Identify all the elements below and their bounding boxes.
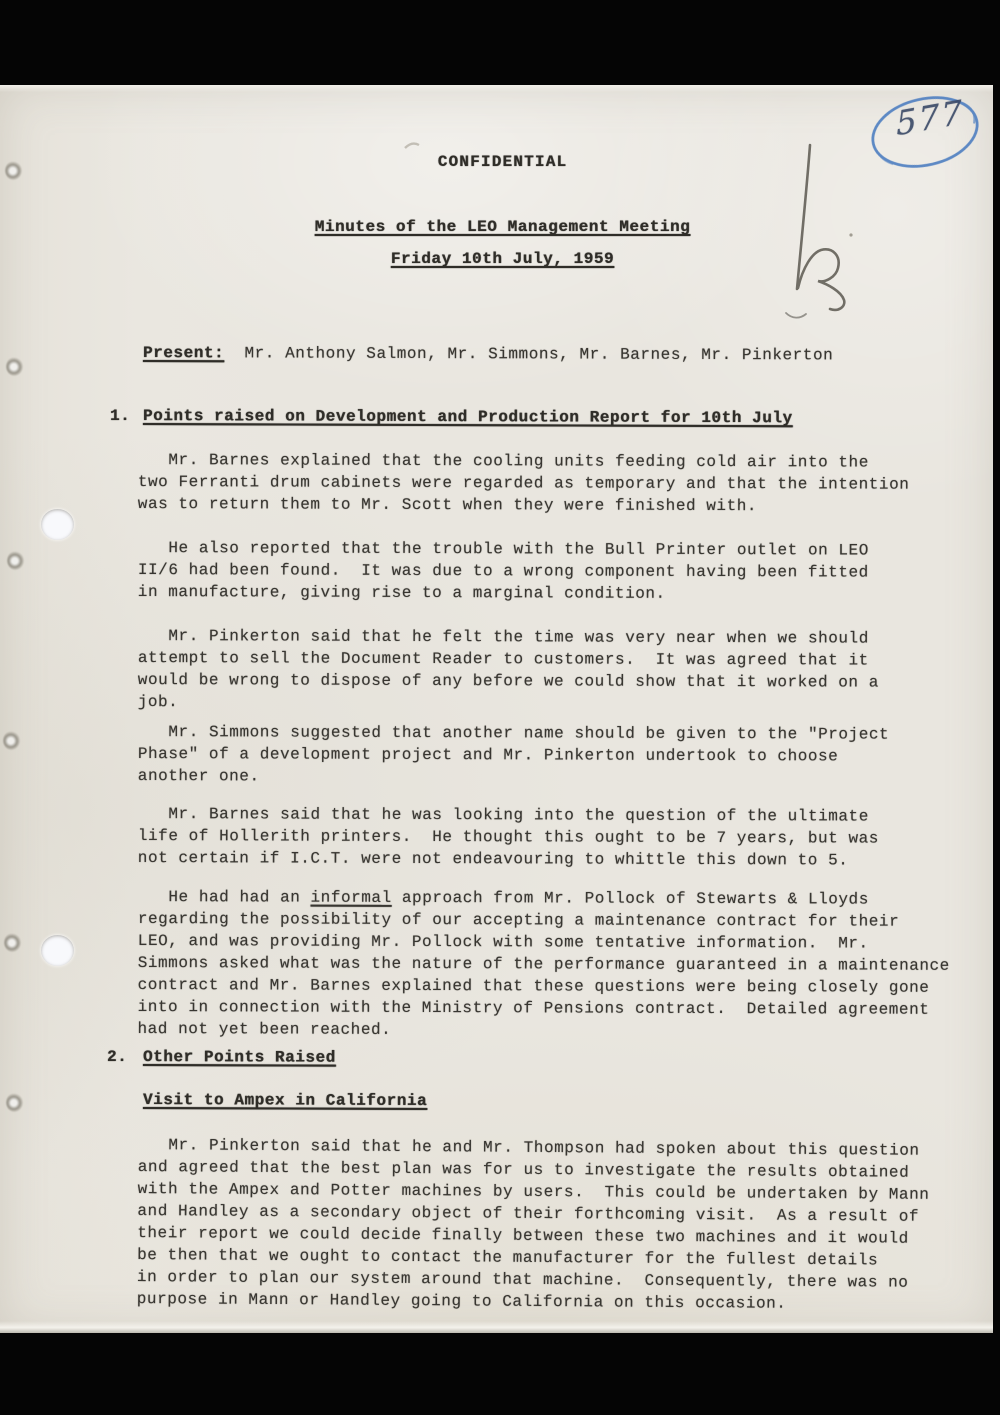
- paper-dot: [849, 233, 852, 236]
- pencil-mark: [786, 145, 844, 318]
- scanned-page-background: CONFIDENTIAL Minutes of the LEO Manageme…: [0, 0, 1000, 1415]
- annotation-marks-layer: [0, 0, 1000, 1415]
- paper-smudge: [405, 144, 419, 148]
